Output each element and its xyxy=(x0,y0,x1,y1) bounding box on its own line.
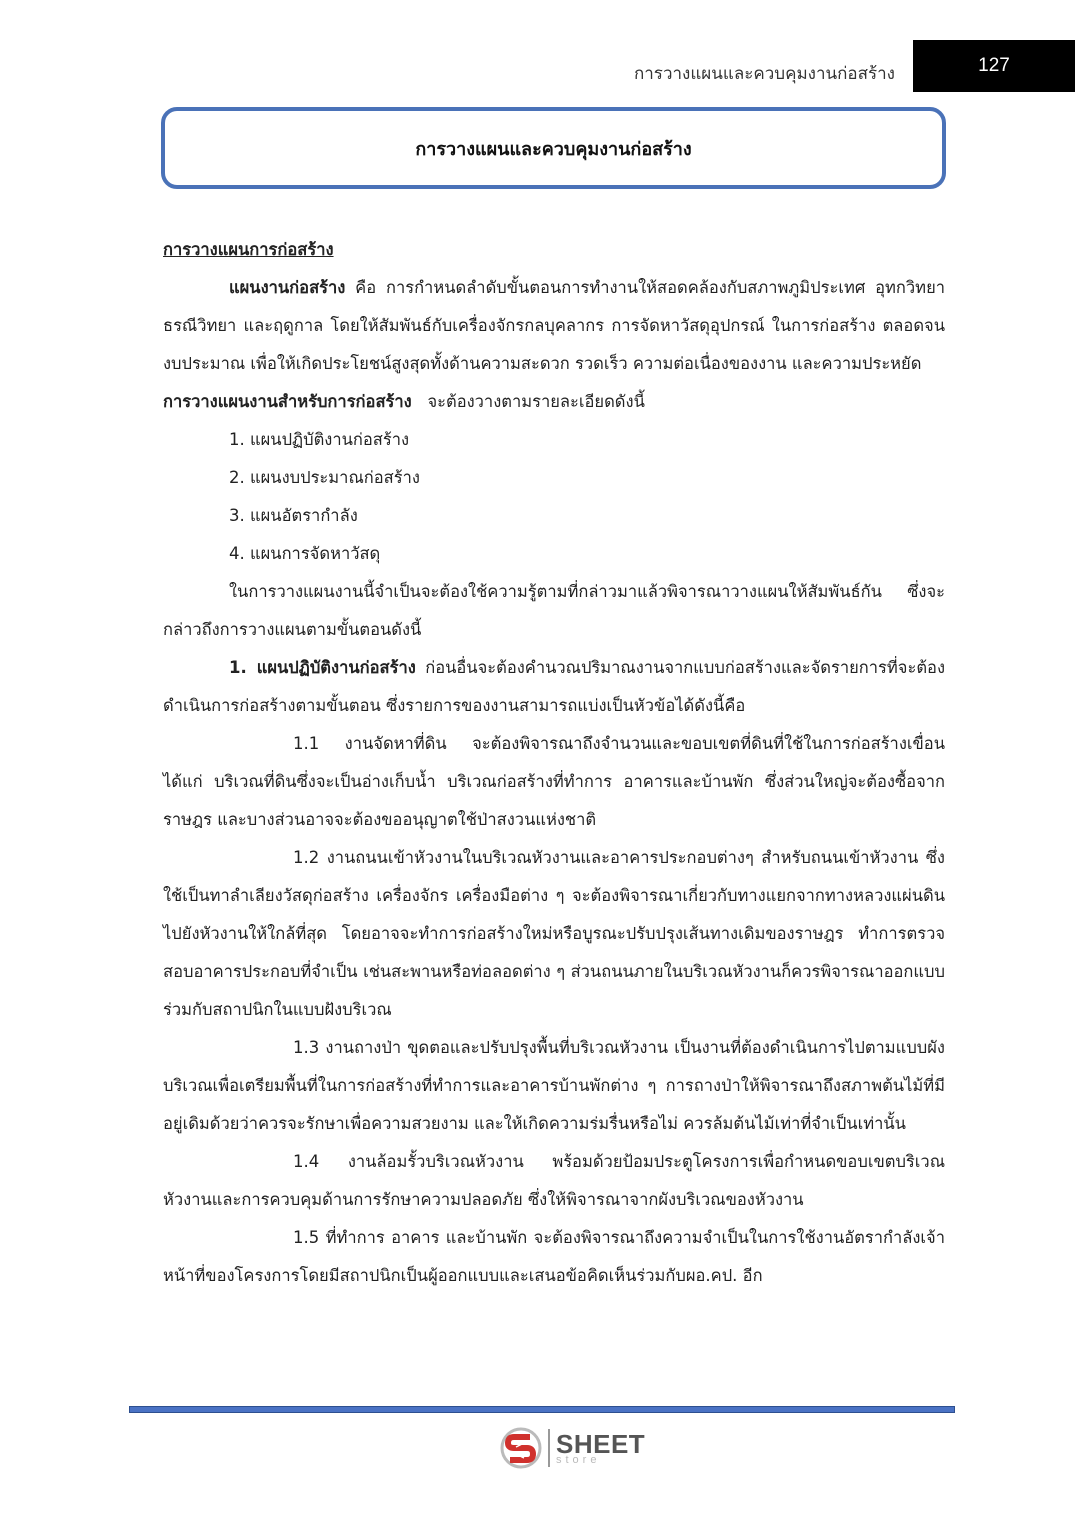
section-heading: การวางแผนการก่อสร้าง xyxy=(163,231,945,269)
intro-term: แผนงานก่อสร้าง xyxy=(229,278,345,297)
intro-paragraph: แผนงานก่อสร้าง คือ การกำหนดลำดับขั้นตอนก… xyxy=(163,269,945,383)
document-body: การวางแผนการก่อสร้าง แผนงานก่อสร้าง คือ … xyxy=(163,231,945,1295)
chapter-title-box: การวางแผนและควบคุมงานก่อสร้าง xyxy=(161,107,946,189)
plan1-term: 1. แผนปฏิบัติงานก่อสร้าง xyxy=(229,658,416,677)
subitem-1-2: 1.2 งานถนนเข้าหัวงานในบริเวณหัวงานและอาค… xyxy=(163,839,945,1029)
planning-paragraph: การวางแผนงานสำหรับการก่อสร้าง จะต้องวางต… xyxy=(163,383,945,421)
plan-list-item: 4. แผนการจัดหาวัสดุ xyxy=(163,535,945,573)
subitem-1-5: 1.5 ที่ทำการ อาคาร และบ้านพัก จะต้องพิจา… xyxy=(163,1219,945,1295)
logo-s-icon xyxy=(500,1427,542,1469)
plan-list-item: 2. แผนงบประมาณก่อสร้าง xyxy=(163,459,945,497)
footer-divider xyxy=(129,1406,955,1413)
subitem-1-3: 1.3 งานถางป่า ขุดตอและปรับปรุงพื้นที่บริ… xyxy=(163,1029,945,1143)
running-title: การวางแผนและควบคุมงานก่อสร้าง xyxy=(634,60,895,87)
plan-list-item: 1. แผนปฏิบัติงานก่อสร้าง xyxy=(163,421,945,459)
planning-text: จะต้องวางตามรายละเอียดดังนี้ xyxy=(412,392,645,411)
logo-separator xyxy=(548,1429,550,1467)
chapter-title: การวางแผนและควบคุมงานก่อสร้าง xyxy=(415,134,691,163)
plan1-paragraph: 1. แผนปฏิบัติงานก่อสร้าง ก่อนอื่นจะต้องค… xyxy=(163,649,945,725)
plan-list-item: 3. แผนอัตรากำลัง xyxy=(163,497,945,535)
sheet-store-logo: SHEET store xyxy=(500,1425,645,1471)
planning-note: ในการวางแผนงานนี้จำเป็นจะต้องใช้ความรู้ต… xyxy=(163,573,945,649)
planning-term: การวางแผนงานสำหรับการก่อสร้าง xyxy=(163,392,412,411)
page-number: 127 xyxy=(913,40,1075,92)
running-header: การวางแผนและควบคุมงานก่อสร้าง 127 xyxy=(0,40,1075,92)
logo-sub: store xyxy=(556,1455,645,1466)
logo-text: SHEET store xyxy=(556,1431,645,1466)
subitem-1-4: 1.4 งานล้อมรั้วบริเวณหัวงาน พร้อมด้วยป้อ… xyxy=(163,1143,945,1219)
subitem-1-1: 1.1 งานจัดหาที่ดิน จะต้องพิจารณาถึงจำนวน… xyxy=(163,725,945,839)
logo-brand: SHEET xyxy=(556,1431,645,1457)
